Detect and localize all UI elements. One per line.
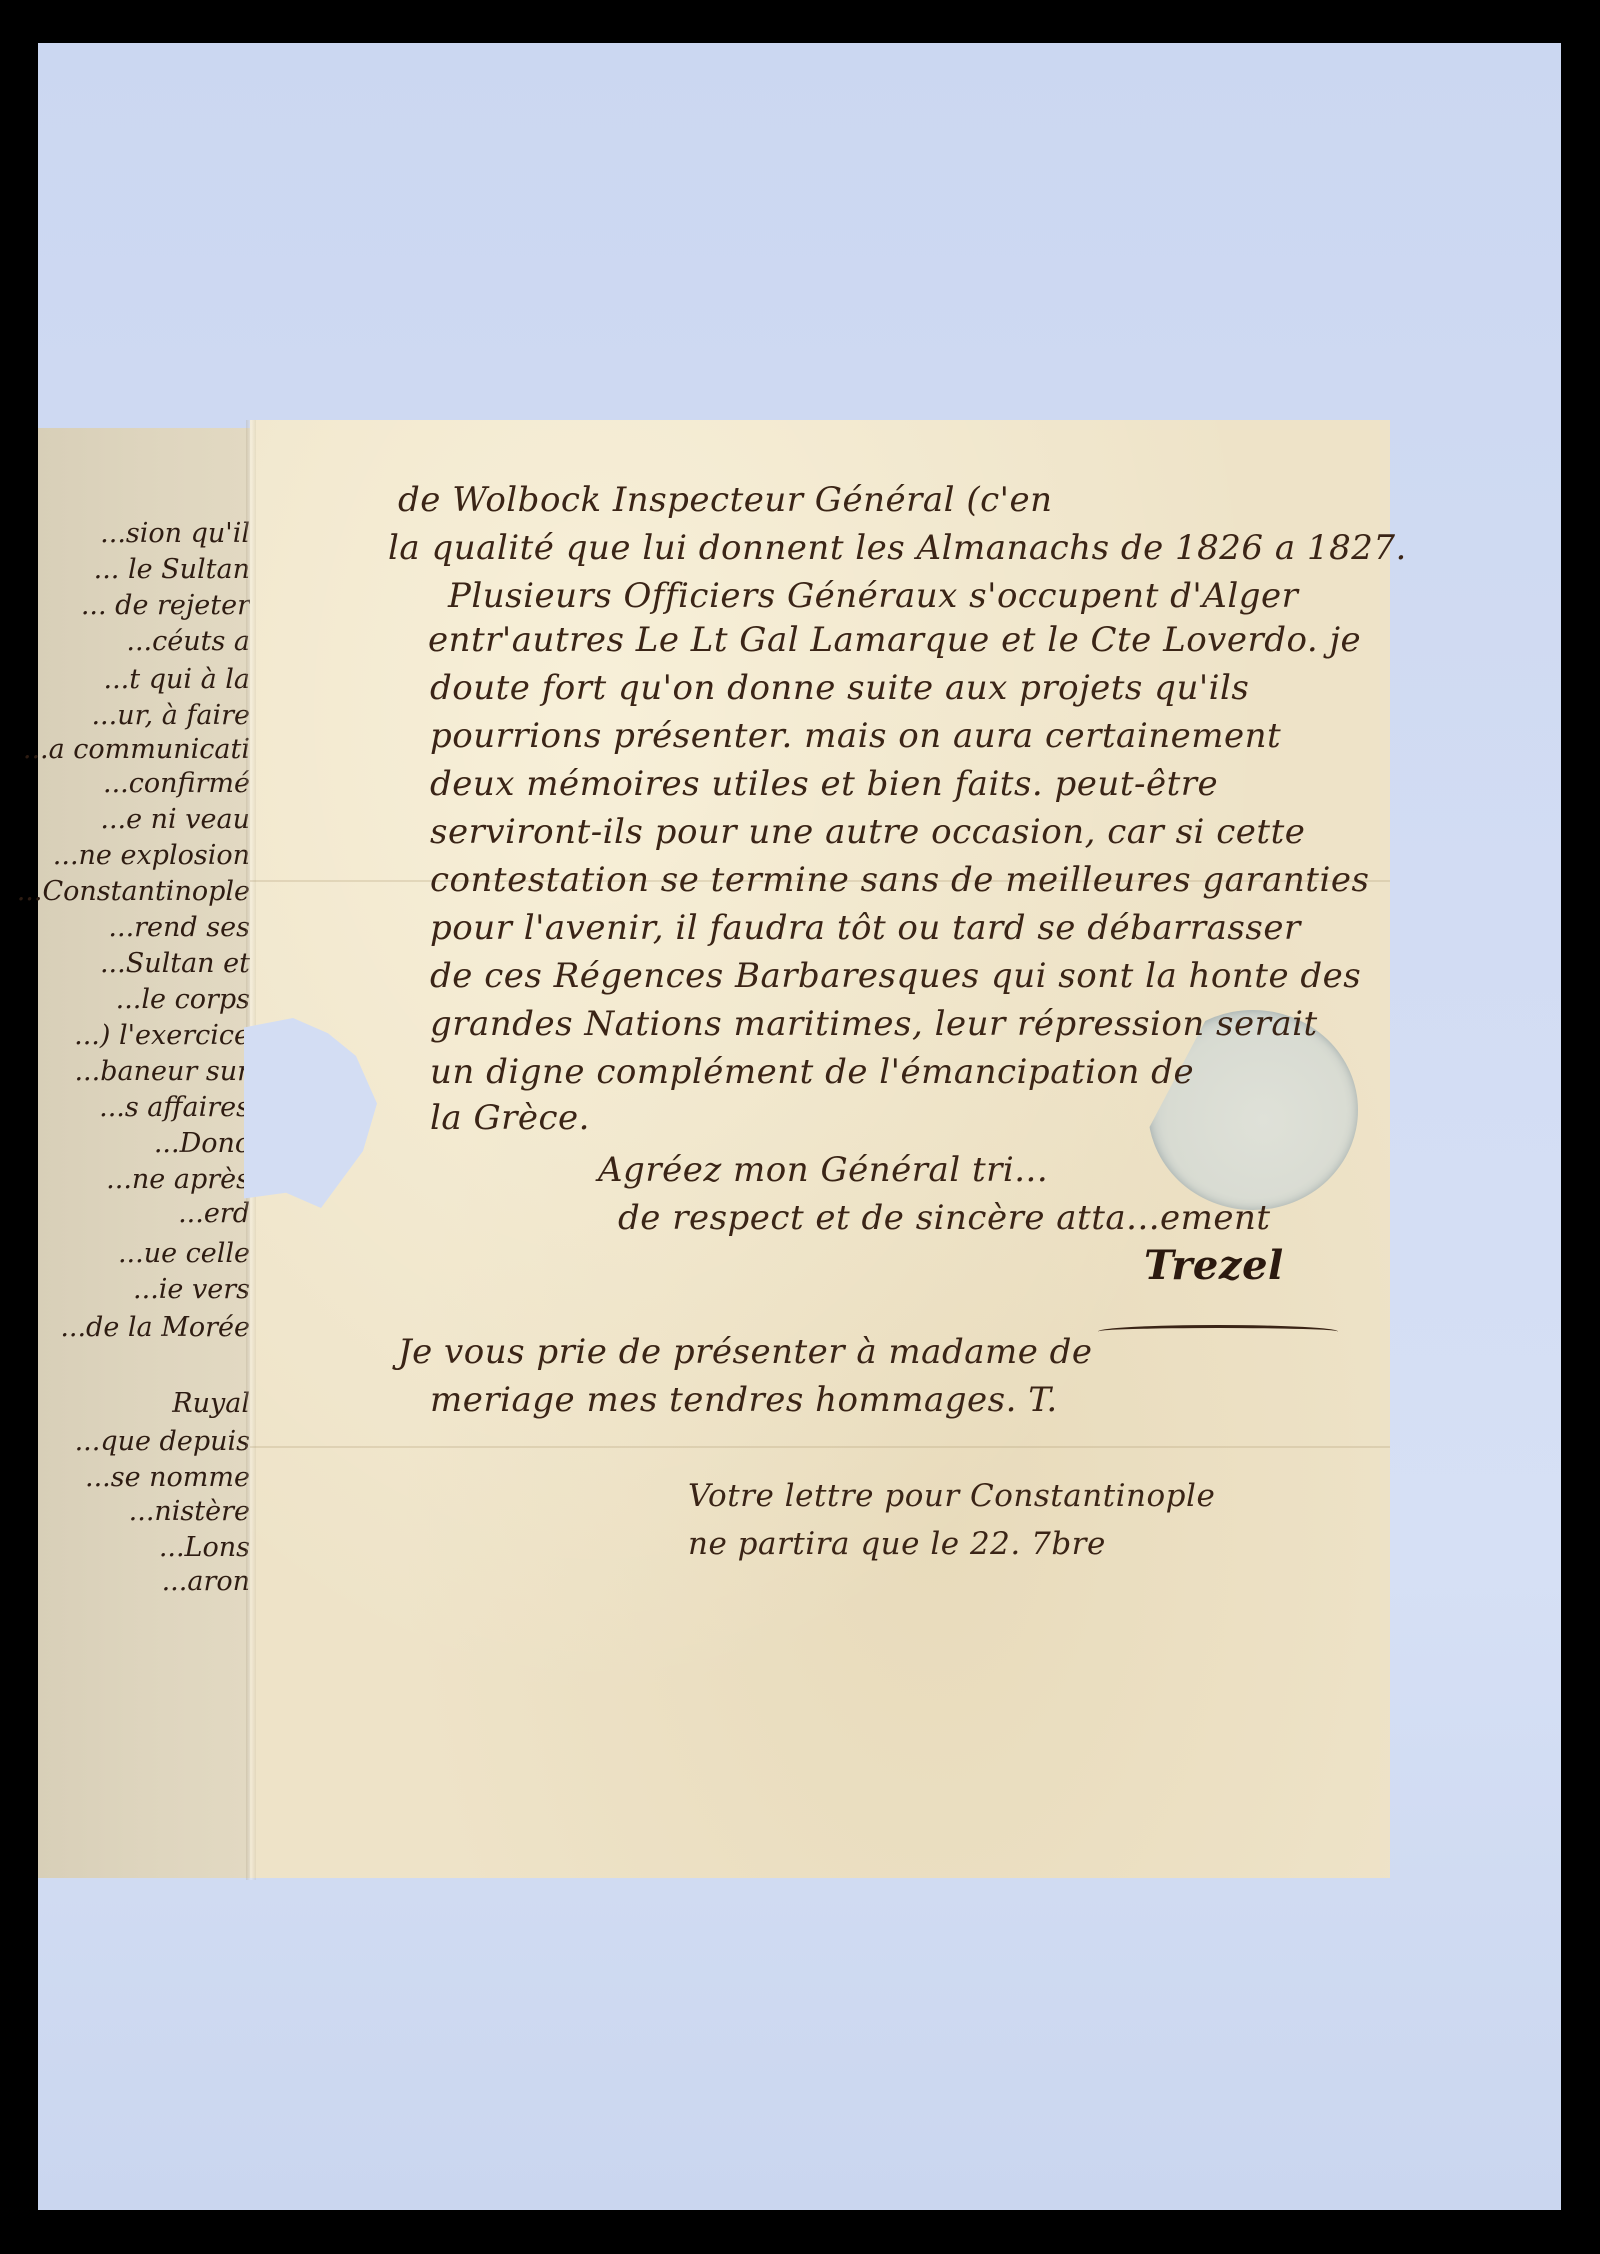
left-line: ...ne après [106,1164,250,1195]
left-line: ...Sultan et [100,948,250,979]
letter-line: de ces Régences Barbaresques qui sont la… [430,956,1361,996]
letter-line: grandes Nations maritimes, leur répressi… [430,1004,1318,1044]
left-line: ...Donc [154,1128,250,1159]
left-line: ...erd [178,1198,250,1229]
left-line: ...rend ses [108,912,250,943]
left-line: ...Constantinople [17,876,250,907]
postscript-line: Je vous prie de présenter à madame de [398,1332,1093,1372]
left-page-fragment: ...sion qu'il ... le Sultan ... de rejet… [38,428,250,1878]
letter-line: pour l'avenir, il faudra tôt ou tard se … [430,908,1301,948]
left-line: ...baneur sur [74,1056,250,1087]
left-line: ...t qui à la [104,664,250,695]
left-line: ...) l'exercice [74,1020,250,1051]
letter-line: de Wolbock Inspecteur Général (c'en [398,480,1053,520]
left-line: ...aron [162,1566,250,1597]
left-line: ... de rejeter [81,590,250,621]
letter-line: doute fort qu'on donne suite aux projets… [430,668,1249,708]
left-line: ... le Sultan [94,554,250,585]
left-line: ...que depuis [75,1426,250,1457]
postscript-line: meriage mes tendres hommages. T. [430,1380,1058,1420]
signature-flourish [1098,1325,1338,1338]
letter-line: serviront-ils pour une autre occasion, c… [430,812,1305,852]
left-line: ...confirmé [103,768,250,799]
letter-line: la Grèce. [430,1098,590,1138]
letter-line: un digne complément de l'émancipation de [430,1052,1194,1092]
left-line: ...Lons [159,1532,250,1563]
note-line: Votre lettre pour Constantinople [688,1478,1215,1514]
left-line: ...ie vers [133,1274,250,1305]
closing-line: Agréez mon Général tri... [598,1150,1048,1190]
left-line: ...le corps [116,984,250,1015]
closing-line: de respect et de sincère atta...ement [618,1198,1271,1238]
left-line: ...ue celle [118,1238,250,1269]
left-line: ...sion qu'il [100,518,250,549]
left-line: ...céuts a [126,626,250,657]
left-line: ...nistère [129,1496,250,1527]
left-line: ...s affaires [99,1092,250,1123]
left-line: ...a communicati [23,734,250,765]
letter-line: entr'autres Le Lt Gal Lamarque et le Cte… [428,620,1361,660]
left-line: ...de la Morée [60,1312,250,1343]
letter-line: pourrions présenter. mais on aura certai… [430,716,1281,756]
letter-line: deux mémoires utiles et bien faits. peut… [430,764,1218,804]
horizontal-fold [250,1446,1390,1448]
letter-sheet: ...sion qu'il ... le Sultan ... de rejet… [38,420,1408,1880]
letter-line: Plusieurs Officiers Généraux s'occupent … [448,576,1298,616]
letter-line: la qualité que lui donnent les Almanachs… [388,528,1407,568]
signature: Trezel [1144,1242,1284,1289]
left-line: ...e ni veau [100,804,250,835]
left-line: Ruyal [172,1388,250,1419]
left-line: ...se nomme [85,1462,250,1493]
left-line: ...ur, à faire [91,700,250,731]
letter-line: contestation se termine sans de meilleur… [430,860,1369,900]
note-line: ne partira que le 22. 7bre [688,1526,1106,1562]
left-line: ...ne explosion [53,840,250,871]
